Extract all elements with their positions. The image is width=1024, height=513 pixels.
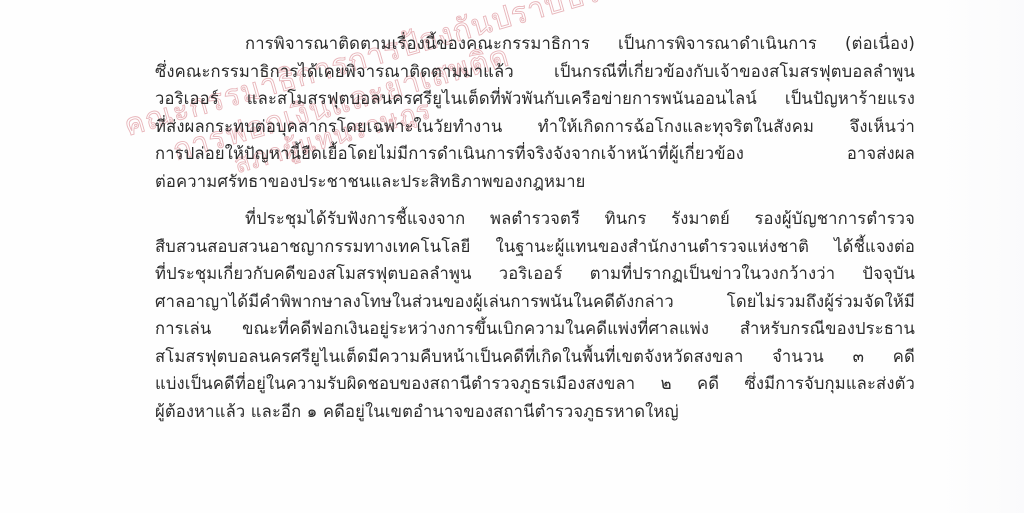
text-line: ที่ประชุมเกี่ยวกับคดีของสโมสรฟุตบอลลำพูน… [155, 260, 915, 288]
text-line: การปล่อยให้ปัญหานี้ยืดเยื้อโดยไม่มีการดำ… [155, 140, 915, 168]
text-line: การพิจารณาติดตามเรื่องนี้ของคณะกรรมาธิกา… [155, 30, 915, 58]
paragraph-committee-review: การพิจารณาติดตามเรื่องนี้ของคณะกรรมาธิกา… [155, 30, 915, 195]
text-line: สโมสรฟุตบอลนครศรียูไนเต็ดมีความคืบหน้าเป… [155, 343, 915, 371]
document-page: คณะกรรมาธิการการป้องกันปราบปราม การฟอกเง… [0, 0, 1024, 513]
page-edge-shadow [934, 0, 1024, 513]
text-line: แบ่งเป็นคดีที่อยู่ในความรับผิดชอบของสถาน… [155, 370, 915, 398]
text-line: ศาลอาญาได้มีคำพิพากษาลงโทษในส่วนของผู้เล… [155, 288, 915, 316]
text-line: ที่ส่งผลกระทบต่อบุคลากรโดยเฉพาะในวัยทำงา… [155, 113, 915, 141]
paragraph-police-briefing: ที่ประชุมได้รับฟังการชี้แจงจาก พลตำรวจตร… [155, 205, 915, 425]
text-line: ซึ่งคณะกรรมาธิการได้เคยพิจารณาติดตามมาแล… [155, 58, 915, 86]
text-line: สืบสวนสอบสวนอาชญากรรมทางเทคโนโลยี ในฐานะ… [155, 233, 915, 261]
text-line: ที่ประชุมได้รับฟังการชี้แจงจาก พลตำรวจตร… [155, 205, 915, 233]
text-line: การเล่น ขณะที่คดีฟอกเงินอยู่ระหว่างการขึ… [155, 315, 915, 343]
text-line: วอริเออร์ และสโมสรฟุตบอลนครศรียูไนเต็ดที… [155, 85, 915, 113]
text-line: ต่อความศรัทธาของประชาชนและประสิทธิภาพของ… [155, 168, 915, 196]
text-line: ผู้ต้องหาแล้ว และอีก ๑ คดีอยู่ในเขตอำนาจ… [155, 398, 915, 426]
document-body: การพิจารณาติดตามเรื่องนี้ของคณะกรรมาธิกา… [155, 30, 915, 425]
